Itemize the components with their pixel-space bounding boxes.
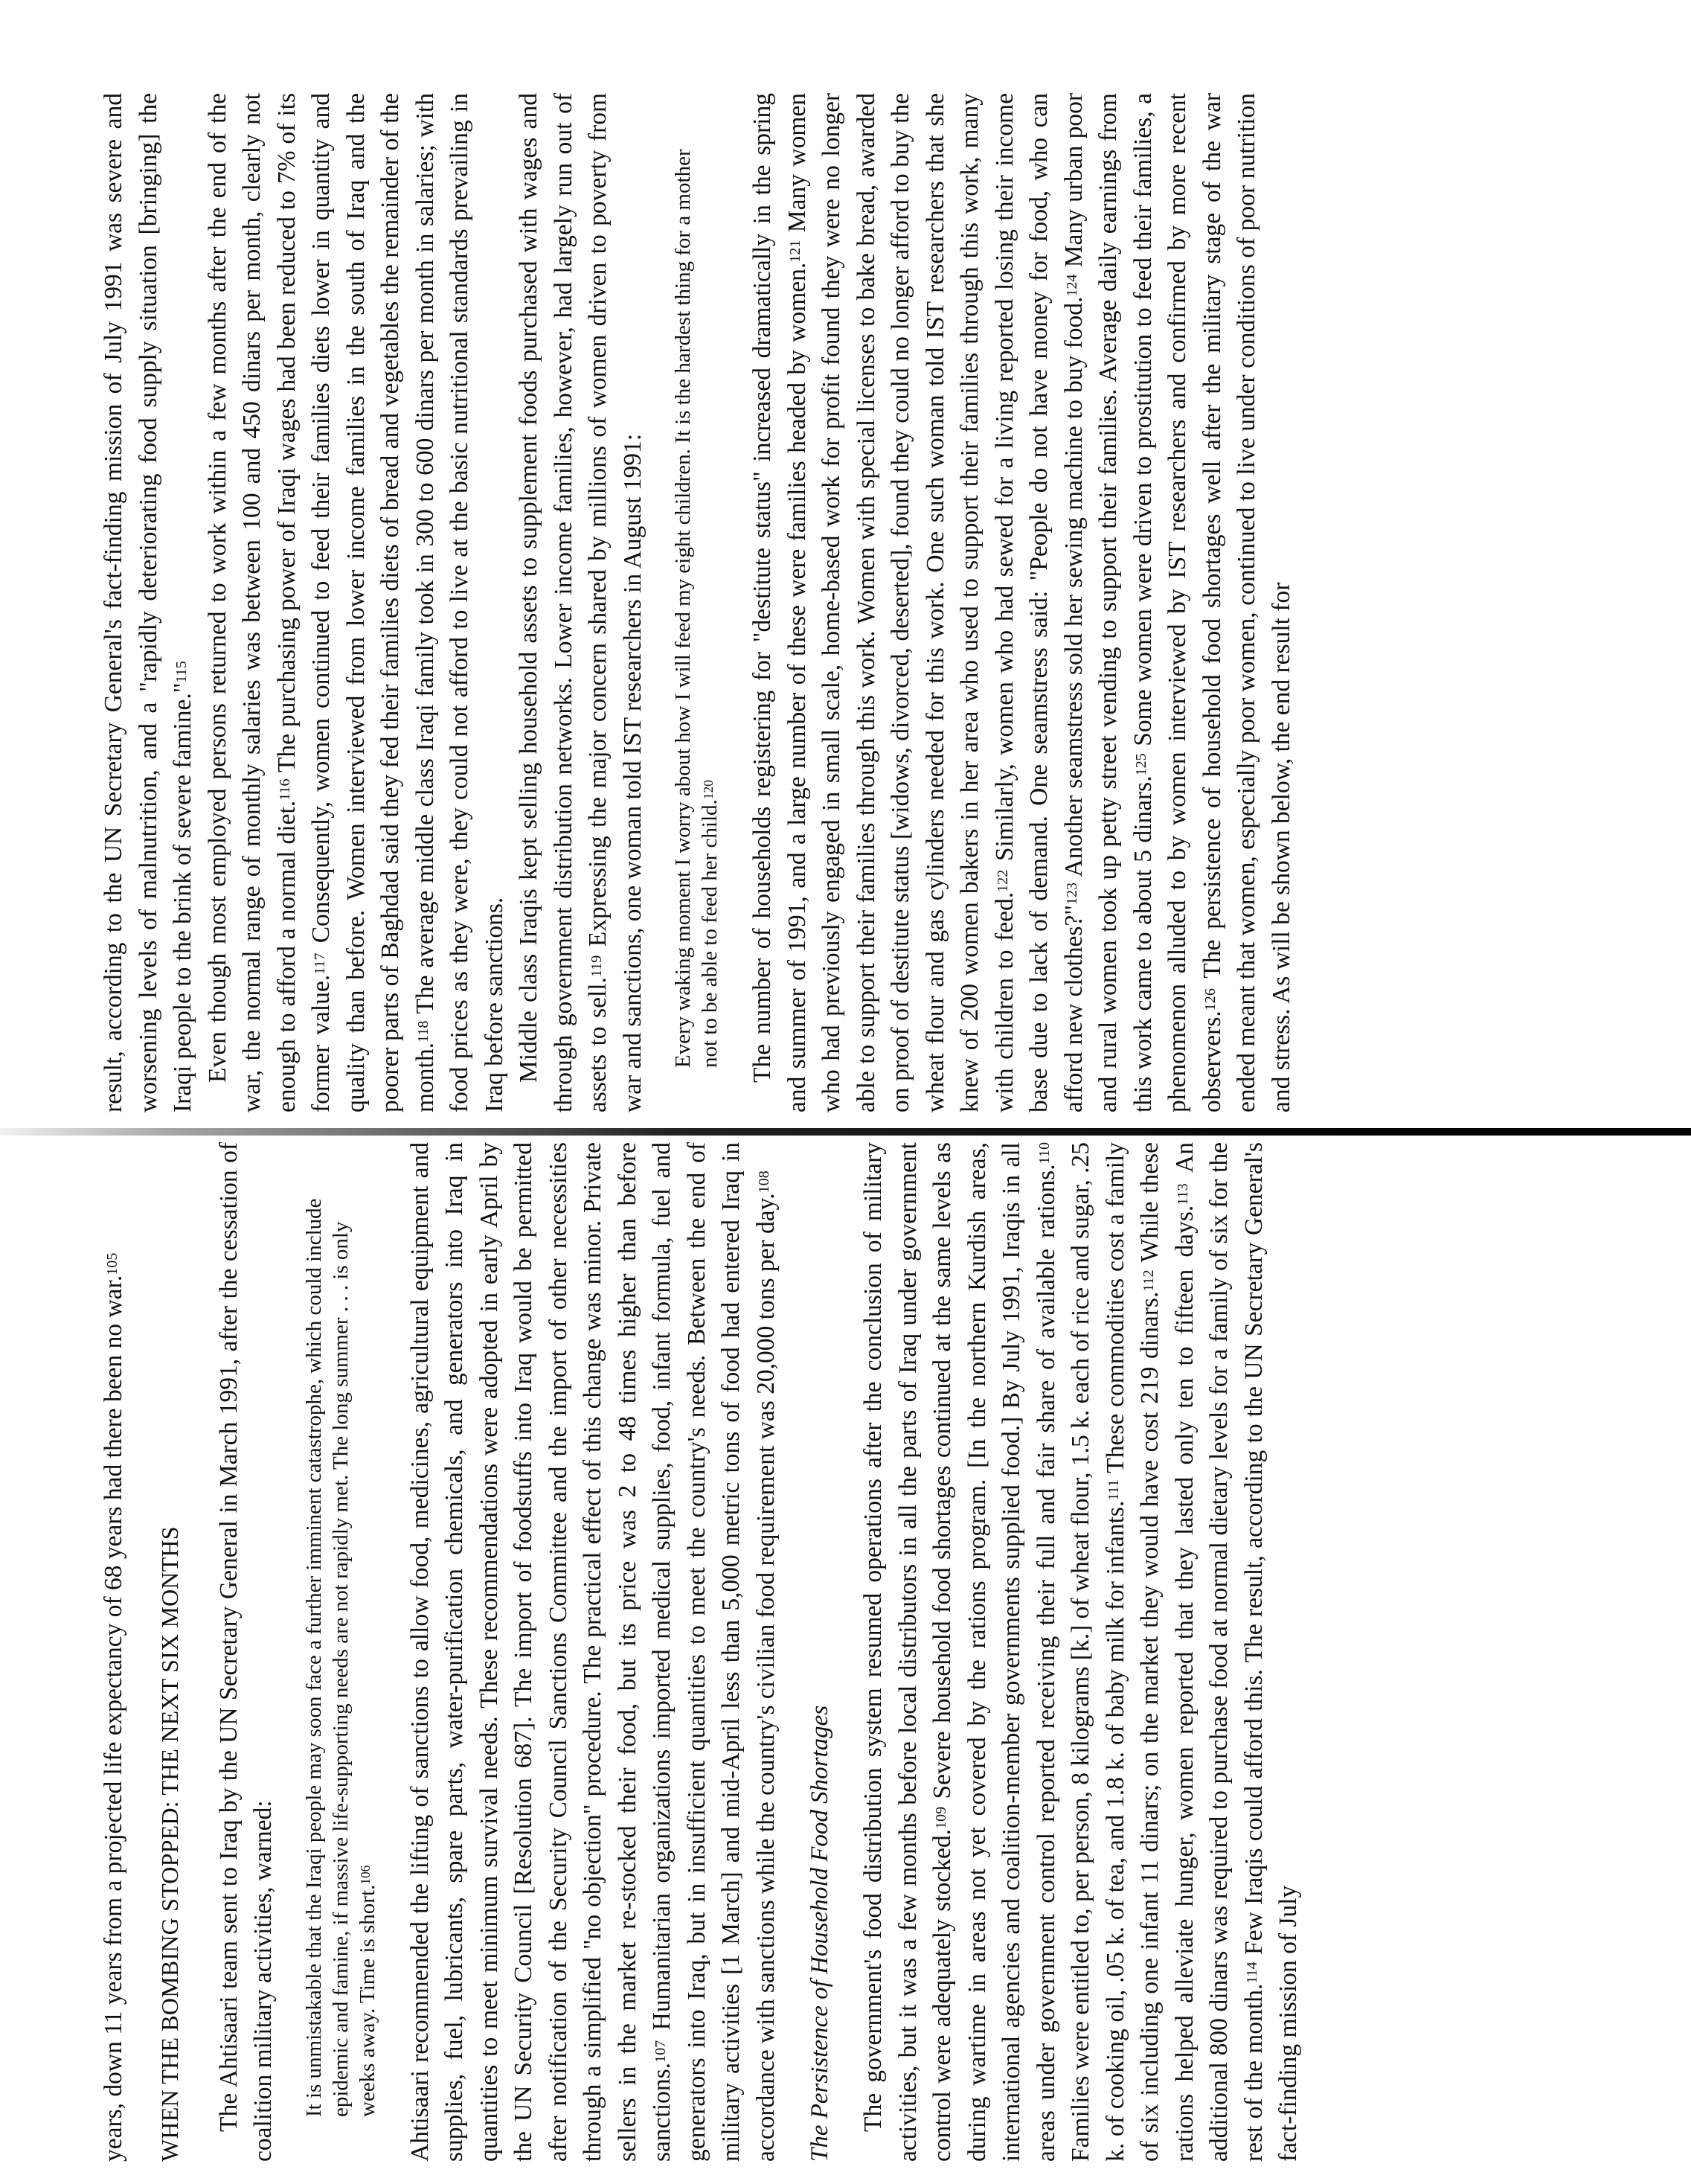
footnote-ref: 109 [933, 1807, 949, 1829]
paragraph-text: years, down 11 years from a projected li… [100, 1275, 127, 2162]
footnote-ref: 125 [1133, 753, 1149, 775]
footnote-ref: 112 [1140, 1269, 1157, 1291]
quote-text: Every waking moment I worry about how I … [671, 149, 722, 1068]
footnote-ref: 122 [995, 870, 1011, 892]
section-heading: WHEN THE BOMBING STOPPED: THE NEXT SIX M… [153, 1142, 187, 2162]
footnote-ref: 107 [652, 2040, 669, 2063]
footnote-ref: 124 [1064, 275, 1080, 297]
paragraph-text: Another seamstress sold her sewing machi… [1060, 297, 1088, 883]
footnote-ref: 114 [1244, 1962, 1260, 1983]
paragraph-employed-persons: Even though most employed persons return… [201, 93, 513, 1112]
block-quote-catastrophe: It is unmistakable that the Iraqi people… [301, 1187, 381, 2117]
footnote-ref: 108 [756, 1171, 772, 1193]
footnote-ref: 105 [104, 1253, 121, 1275]
subsection-heading: The Persistence of Household Food Shorta… [803, 1142, 837, 2162]
paragraph-text: result, according to the UN Secretary Ge… [100, 93, 196, 1112]
paragraph-text: The persistence of household food shorta… [1199, 93, 1295, 1112]
footnote-ref: 126 [1202, 988, 1219, 1011]
paragraph-un-result: result, according to the UN Secretary Ge… [97, 93, 201, 1112]
footnote-ref: 117 [312, 952, 328, 974]
footnote-ref: 106 [358, 1866, 373, 1885]
right-page: result, according to the UN Secretary Ge… [97, 93, 1674, 1112]
footnote-ref: 111 [1106, 1479, 1122, 1501]
paragraph-text: The average middle class Iraqi family to… [411, 93, 508, 1112]
page-gutter-divider [0, 1128, 1691, 1136]
paragraph-ahtisaari-team: The Ahtisaari team sent to Iraq by the U… [212, 1142, 281, 2162]
paragraph-government-distribution: The government's food distribution syste… [856, 1142, 1306, 2162]
paragraph-text: Humanitarian organizations imported medi… [648, 1142, 780, 2162]
footnote-ref: 118 [415, 1021, 431, 1043]
paragraph-recommendations: Ahtisaari recommended the lifting of san… [403, 1142, 784, 2162]
footnote-ref: 115 [173, 661, 190, 682]
paragraph-intro: years, down 11 years from a projected li… [97, 1142, 132, 2162]
footnote-ref: 119 [588, 955, 605, 977]
footnote-ref: 110 [1036, 1142, 1053, 1164]
footnote-ref: 121 [787, 240, 803, 263]
paragraph-text: Many women who had previously engaged in… [783, 93, 1018, 1112]
paragraph-middle-class: Middle class Iraqis kept selling househo… [512, 93, 650, 1112]
left-page: years, down 11 years from a projected li… [97, 1142, 1674, 2162]
quote-text: It is unmistakable that the Iraqi people… [302, 1198, 379, 2117]
footnote-ref: 123 [1064, 883, 1080, 905]
footnote-ref: 120 [701, 780, 716, 799]
paragraph-text: Ahtisaari recommended the lifting of san… [406, 1142, 676, 2162]
footnote-ref: 113 [1175, 1183, 1191, 1205]
paragraph-destitute-households: The number of households registering for… [745, 93, 1299, 1112]
footnote-ref: 116 [277, 778, 293, 800]
block-quote-mother: Every waking moment I worry about how I … [670, 138, 723, 1068]
